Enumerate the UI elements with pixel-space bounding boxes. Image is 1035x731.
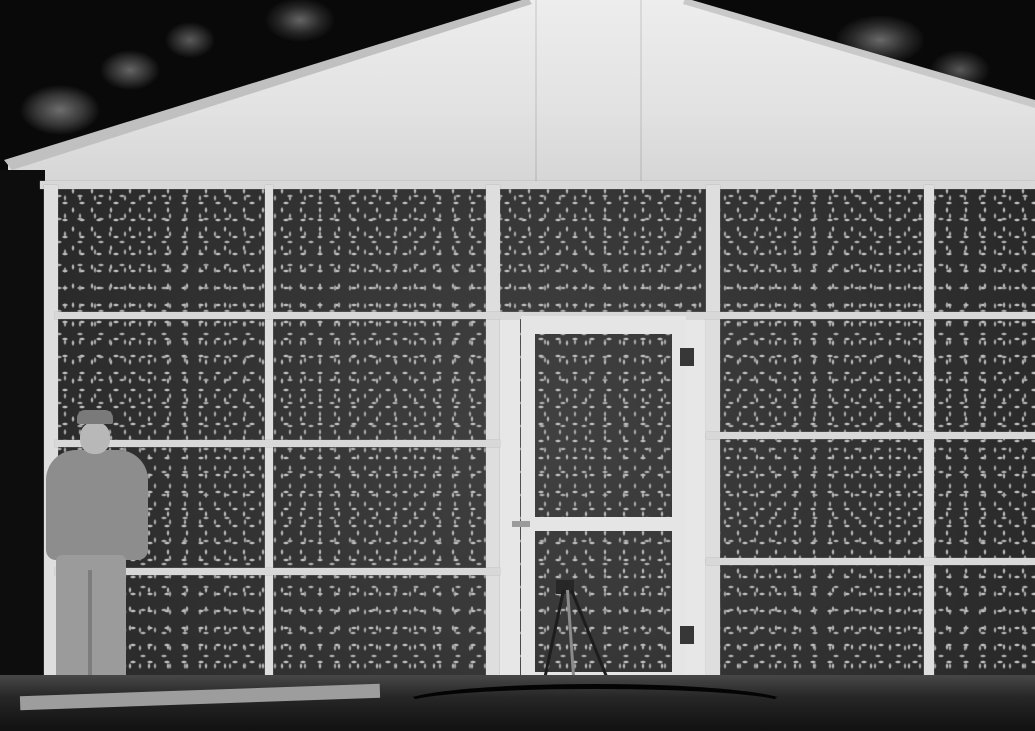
frame-rail — [706, 432, 1035, 439]
trouser-crease — [88, 570, 92, 685]
cap — [77, 410, 113, 424]
top-beam — [40, 181, 1035, 189]
tripod — [542, 580, 602, 690]
frame-post — [486, 185, 500, 685]
hinge-icon — [680, 348, 694, 366]
shadowed-wall — [0, 170, 45, 690]
board-seam — [535, 0, 537, 185]
board-seam — [640, 0, 642, 185]
door-cross-rail — [521, 517, 686, 531]
jacket — [46, 450, 148, 560]
frame-post — [265, 185, 273, 685]
photograph: Vintage black-and-white photograph of a … — [0, 0, 1035, 731]
frame-rail — [706, 558, 1035, 565]
latch-icon — [512, 521, 530, 527]
hose — [400, 684, 790, 724]
tripod-leg — [541, 590, 565, 688]
hinge-icon — [680, 626, 694, 644]
man — [42, 410, 152, 690]
face — [80, 422, 110, 454]
door-jamb — [500, 316, 520, 686]
